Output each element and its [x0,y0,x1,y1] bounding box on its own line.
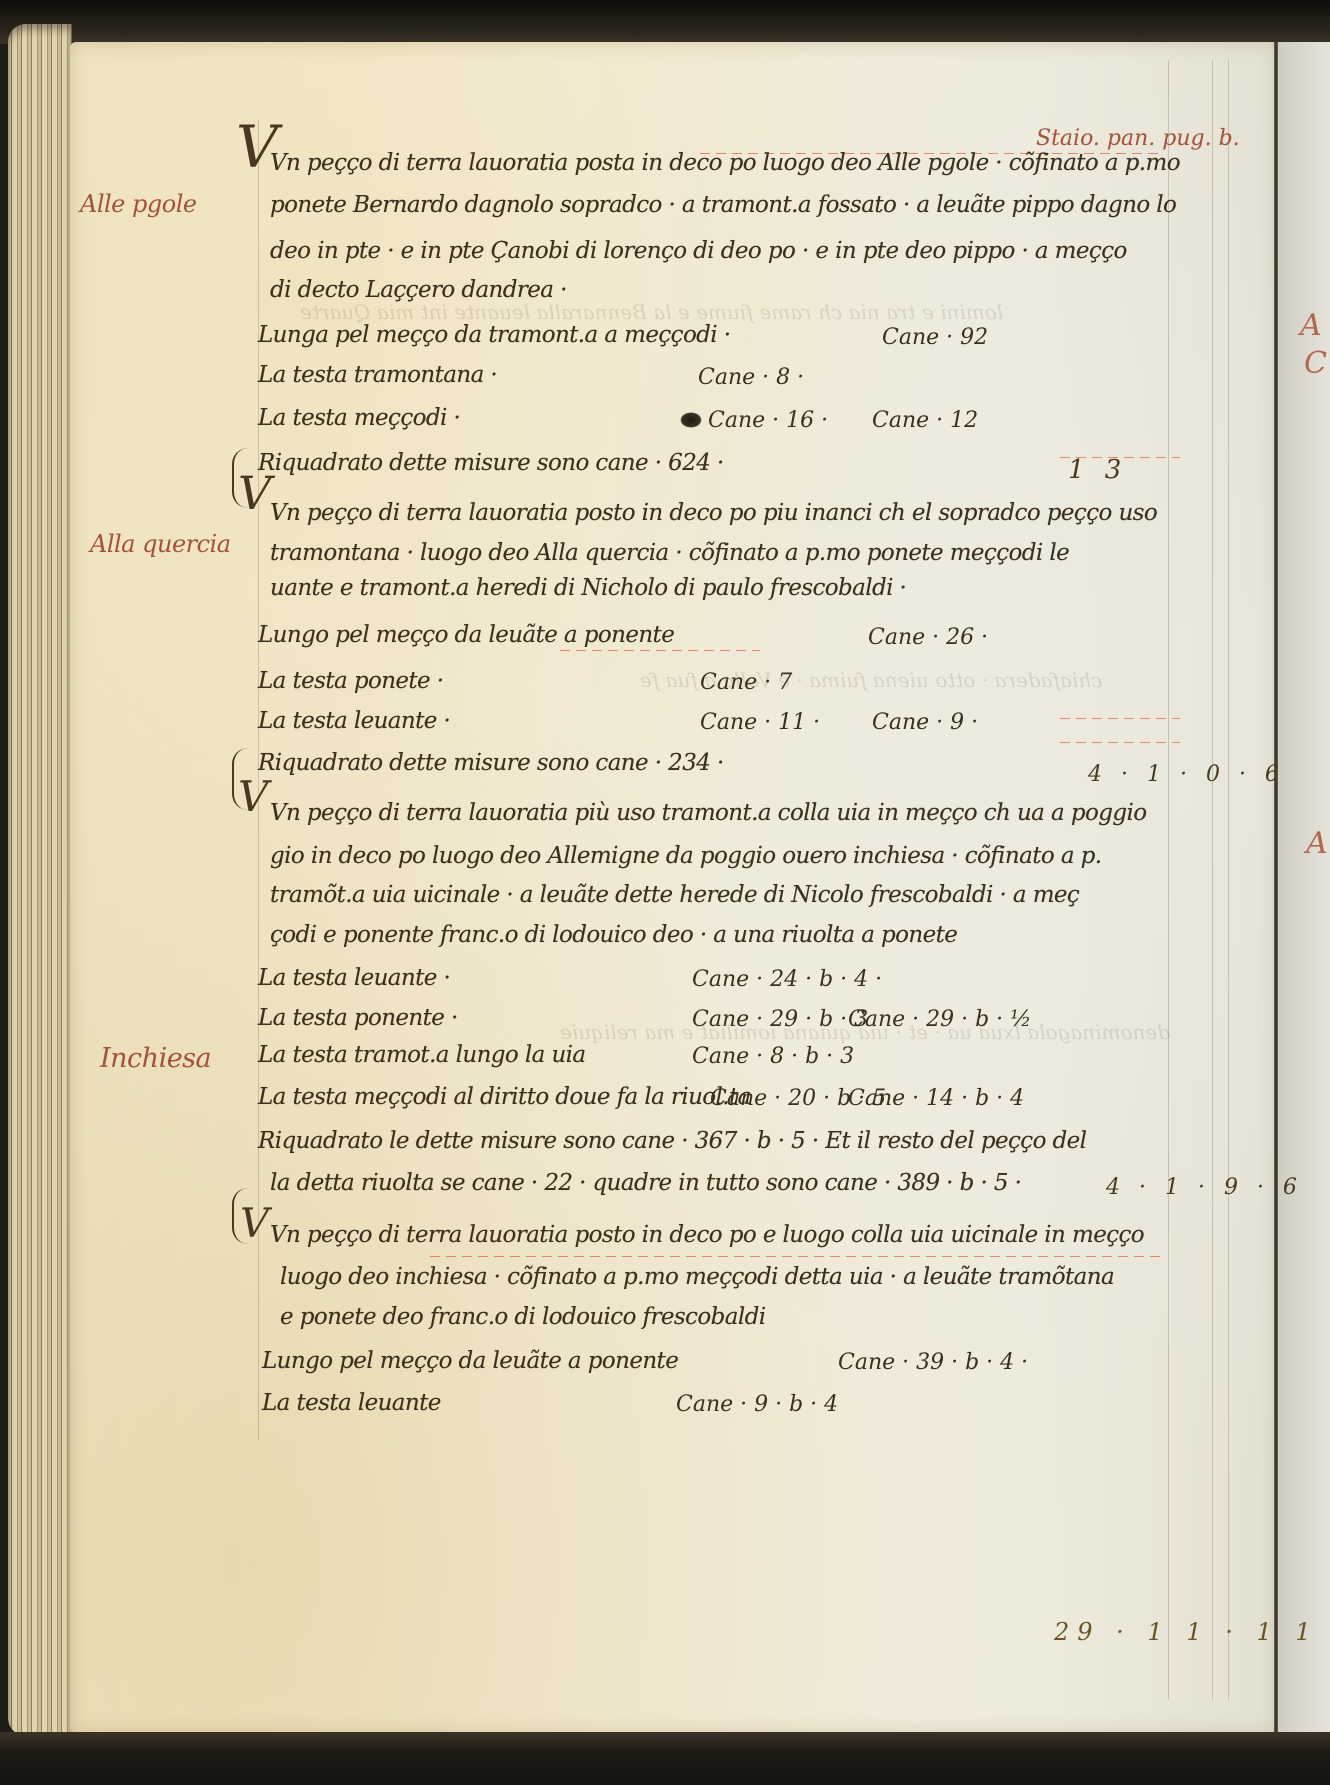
red-rule [430,1256,1160,1257]
entry-3-line: tramõt.a uia uicinale · a leuãte dette h… [270,882,1079,908]
next-leaf-mark: A [1300,308,1322,343]
measure-value: Cane · 9 · b · 4 [676,1392,838,1417]
entry-3-line: gio in deco po luogo deo Allemigne da po… [270,843,1101,869]
measure-label: La testa leuante [262,1390,441,1416]
measure-value: Cane · 7 [700,670,792,695]
initial-v-3: V [238,776,268,818]
entry-4-line: Vn peçço di terra lauoratia posto in dec… [270,1222,1144,1248]
measure-value: Cane · 24 · b · 4 · [692,967,882,992]
measure-value: Cane · 16 · [708,408,828,433]
measure-value: Cane · 8 · [698,365,804,390]
red-rule [1060,742,1180,743]
ruling-right-2 [1212,60,1213,1700]
initial-v-4: V [240,1204,269,1244]
measure-value-2: Cane · 9 · [872,710,978,735]
margin-label-alle-pergole: Alle pgole [80,190,197,218]
entry-total: Riquadrato dette misure sono cane · 624 … [258,450,724,476]
entry-2-line: Vn peçço di terra lauoratia posto in dec… [270,500,1157,526]
binding-shadow-top [0,0,1330,44]
ink-blot [680,412,702,428]
measure-value: Cane · 29 · b · 3 [692,1007,868,1032]
next-leaf-edge [1278,42,1330,1734]
red-rule [560,650,760,651]
entry-4-line: luogo deo inchiesa · cõfinato a p.mo meç… [280,1264,1114,1290]
measure-label: Lunga pel meçço da tramont.a a meççodi · [258,322,731,348]
entry-4-line: e ponete deo franc.o di lodouico frescob… [280,1304,765,1330]
margin-label-alla-quercia: Alla quercia [90,530,231,558]
entry-1-line: deo in pte · e in pte Çanobi di lorenço … [270,238,1127,264]
entry-2-line: uante e tramont.a heredi di Nicholo di p… [270,575,906,601]
margin-sum: 4 · 1 · 0 · 6 [1088,762,1285,787]
measure-value: Cane · 26 · [868,625,988,650]
entry-1-line: ponete Bernardo dagnolo sopradco · a tra… [270,192,1176,218]
next-leaf-mark: C [1304,346,1327,381]
measure-label: La testa meççodi al diritto doue fa la r… [258,1084,751,1110]
margin-label-inchiesa: Inchiesa [100,1043,211,1074]
red-rule [1060,718,1180,719]
entry-3-line: çodi e ponente franc.o di lodouico deo ·… [270,922,957,948]
measure-value: Cane · 11 · [700,710,820,735]
entry-2-line: tramontana · luogo deo Alla quercia · cõ… [270,540,1069,566]
column-heading: Staio. pan. pug. b. [1036,126,1240,151]
measure-label: La testa ponete · [258,668,444,694]
margin-sum: 4 · 1 · 9 · 6 [1106,1175,1303,1200]
ruling-right-1 [1168,60,1169,1700]
measure-label: La testa ponente · [258,1005,458,1031]
margin-sum: 1 3 [1068,455,1127,485]
measure-value-2: Cane · 12 [872,408,978,433]
measure-label: Lungo pel meçço da leuãte a ponente [262,1348,678,1374]
measure-label: Lungo pel meçço da leuãte a ponente [258,622,674,648]
measure-value: Cane · 39 · b · 4 · [838,1350,1028,1375]
measure-label: La testa tramot.a lungo la uia [258,1042,586,1068]
stacked-page-edges [8,24,72,1736]
measure-value: Cane · 92 [882,325,988,350]
entry-3-line: Vn peçço di terra lauoratia più uso tram… [270,800,1146,826]
measure-label: La testa meççodi · [258,405,460,431]
entry-total: Riquadrato le dette misure sono cane · 3… [258,1128,1086,1154]
measure-value-2: Cane · 29 · b · ½ [848,1007,1031,1032]
entry-1-line: Vn peçço di terra lauoratia posta in dec… [270,150,1180,176]
binding-shadow-bottom [0,1732,1330,1785]
bleedthrough-text: lomini e tra nia ch rame fiume e la Benn… [300,300,1003,324]
initial-v-2: V [238,470,271,516]
measure-label: La testa tramontana · [258,362,497,388]
ruling-right-3 [1228,60,1229,1700]
measure-label: La testa leuante · [258,965,450,991]
entry-total: Riquadrato dette misure sono cane · 234 … [258,750,724,776]
measure-value-2: Cane · 14 · b · 4 [848,1086,1024,1111]
measure-value: Cane · 8 · b · 3 [692,1044,854,1069]
entry-total: la detta riuolta se cane · 22 · quadre i… [270,1170,1021,1196]
page-total: 29 · 1 1 · 1 1 · 6 [1054,1618,1330,1646]
measure-label: La testa leuante · [258,708,450,734]
next-leaf-mark: A [1306,826,1328,861]
entry-1-line: di decto Laççero dandrea · [270,277,567,303]
